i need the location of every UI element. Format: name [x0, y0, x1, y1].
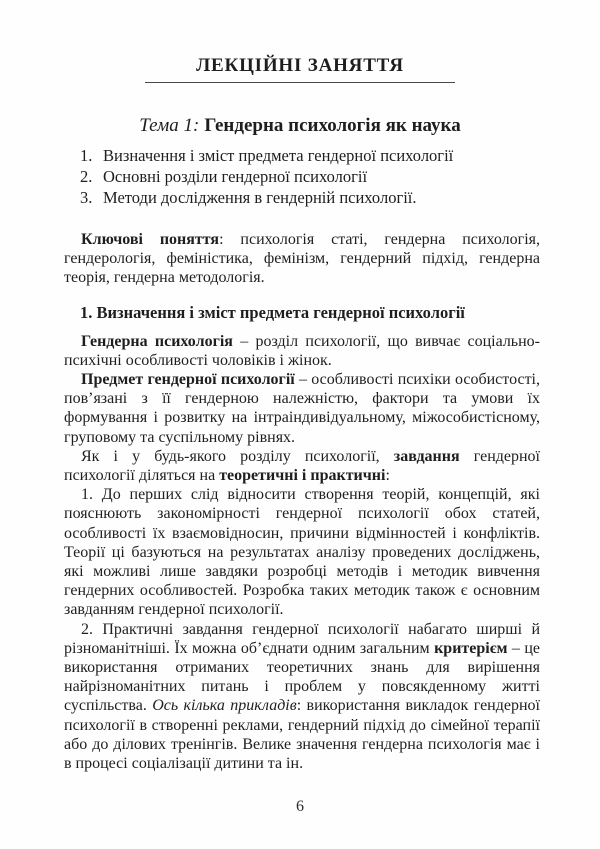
section-body: Гендерна психологія – розділ психології,… — [64, 332, 540, 774]
key-concepts-paragraph: Ключові поняття: психологія статі, генде… — [64, 230, 540, 288]
topic-outline-list: 1. Визначення і зміст предмета гендерної… — [80, 146, 540, 208]
page-number: 6 — [0, 798, 600, 816]
list-item-text: Методи дослідження в гендерній психологі… — [103, 188, 540, 208]
list-item-number: 2. — [80, 167, 103, 187]
list-item: 1. Визначення і зміст предмета гендерної… — [80, 146, 540, 166]
page-content: 1. Визначення і зміст предмета гендерної… — [64, 146, 540, 773]
section-heading: 1. Визначення і зміст предмета гендерної… — [64, 303, 540, 322]
list-item-number: 1. — [80, 146, 103, 166]
paragraph-gender-psychology-definition: Гендерна психологія – розділ психології,… — [64, 332, 540, 370]
paragraph-theoretical-tasks: 1. До перших слід відносити створення те… — [64, 485, 540, 619]
list-item-number: 3. — [80, 188, 103, 208]
paragraph-practical-tasks: 2. Практичні завдання гендерної психолог… — [64, 620, 540, 774]
topic-title: Гендерна психологія як наука — [204, 115, 460, 136]
paragraph-tasks-intro: Як і у будь-якого розділу психології, за… — [64, 447, 540, 485]
list-item: 3. Методи дослідження в гендерній психол… — [80, 188, 540, 208]
topic-heading: Тема 1:Гендерна психологія як наука — [0, 114, 600, 138]
header-rule — [145, 82, 455, 83]
list-item-text: Основні розділи гендерної психології — [103, 167, 540, 187]
topic-number-label: Тема 1: — [139, 115, 199, 136]
page-header-title: ЛЕКЦІЙНІ ЗАНЯТТЯ — [0, 0, 600, 77]
paragraph-subject-of-gender-psychology: Предмет гендерної психології – особливос… — [64, 370, 540, 447]
page-header: ЛЕКЦІЙНІ ЗАНЯТТЯ — [0, 0, 600, 83]
list-item: 2. Основні розділи гендерної психології — [80, 167, 540, 187]
document-page: ЛЕКЦІЙНІ ЗАНЯТТЯ Тема 1:Гендерна психоло… — [0, 0, 600, 849]
list-item-text: Визначення і зміст предмета гендерної пс… — [103, 146, 540, 166]
